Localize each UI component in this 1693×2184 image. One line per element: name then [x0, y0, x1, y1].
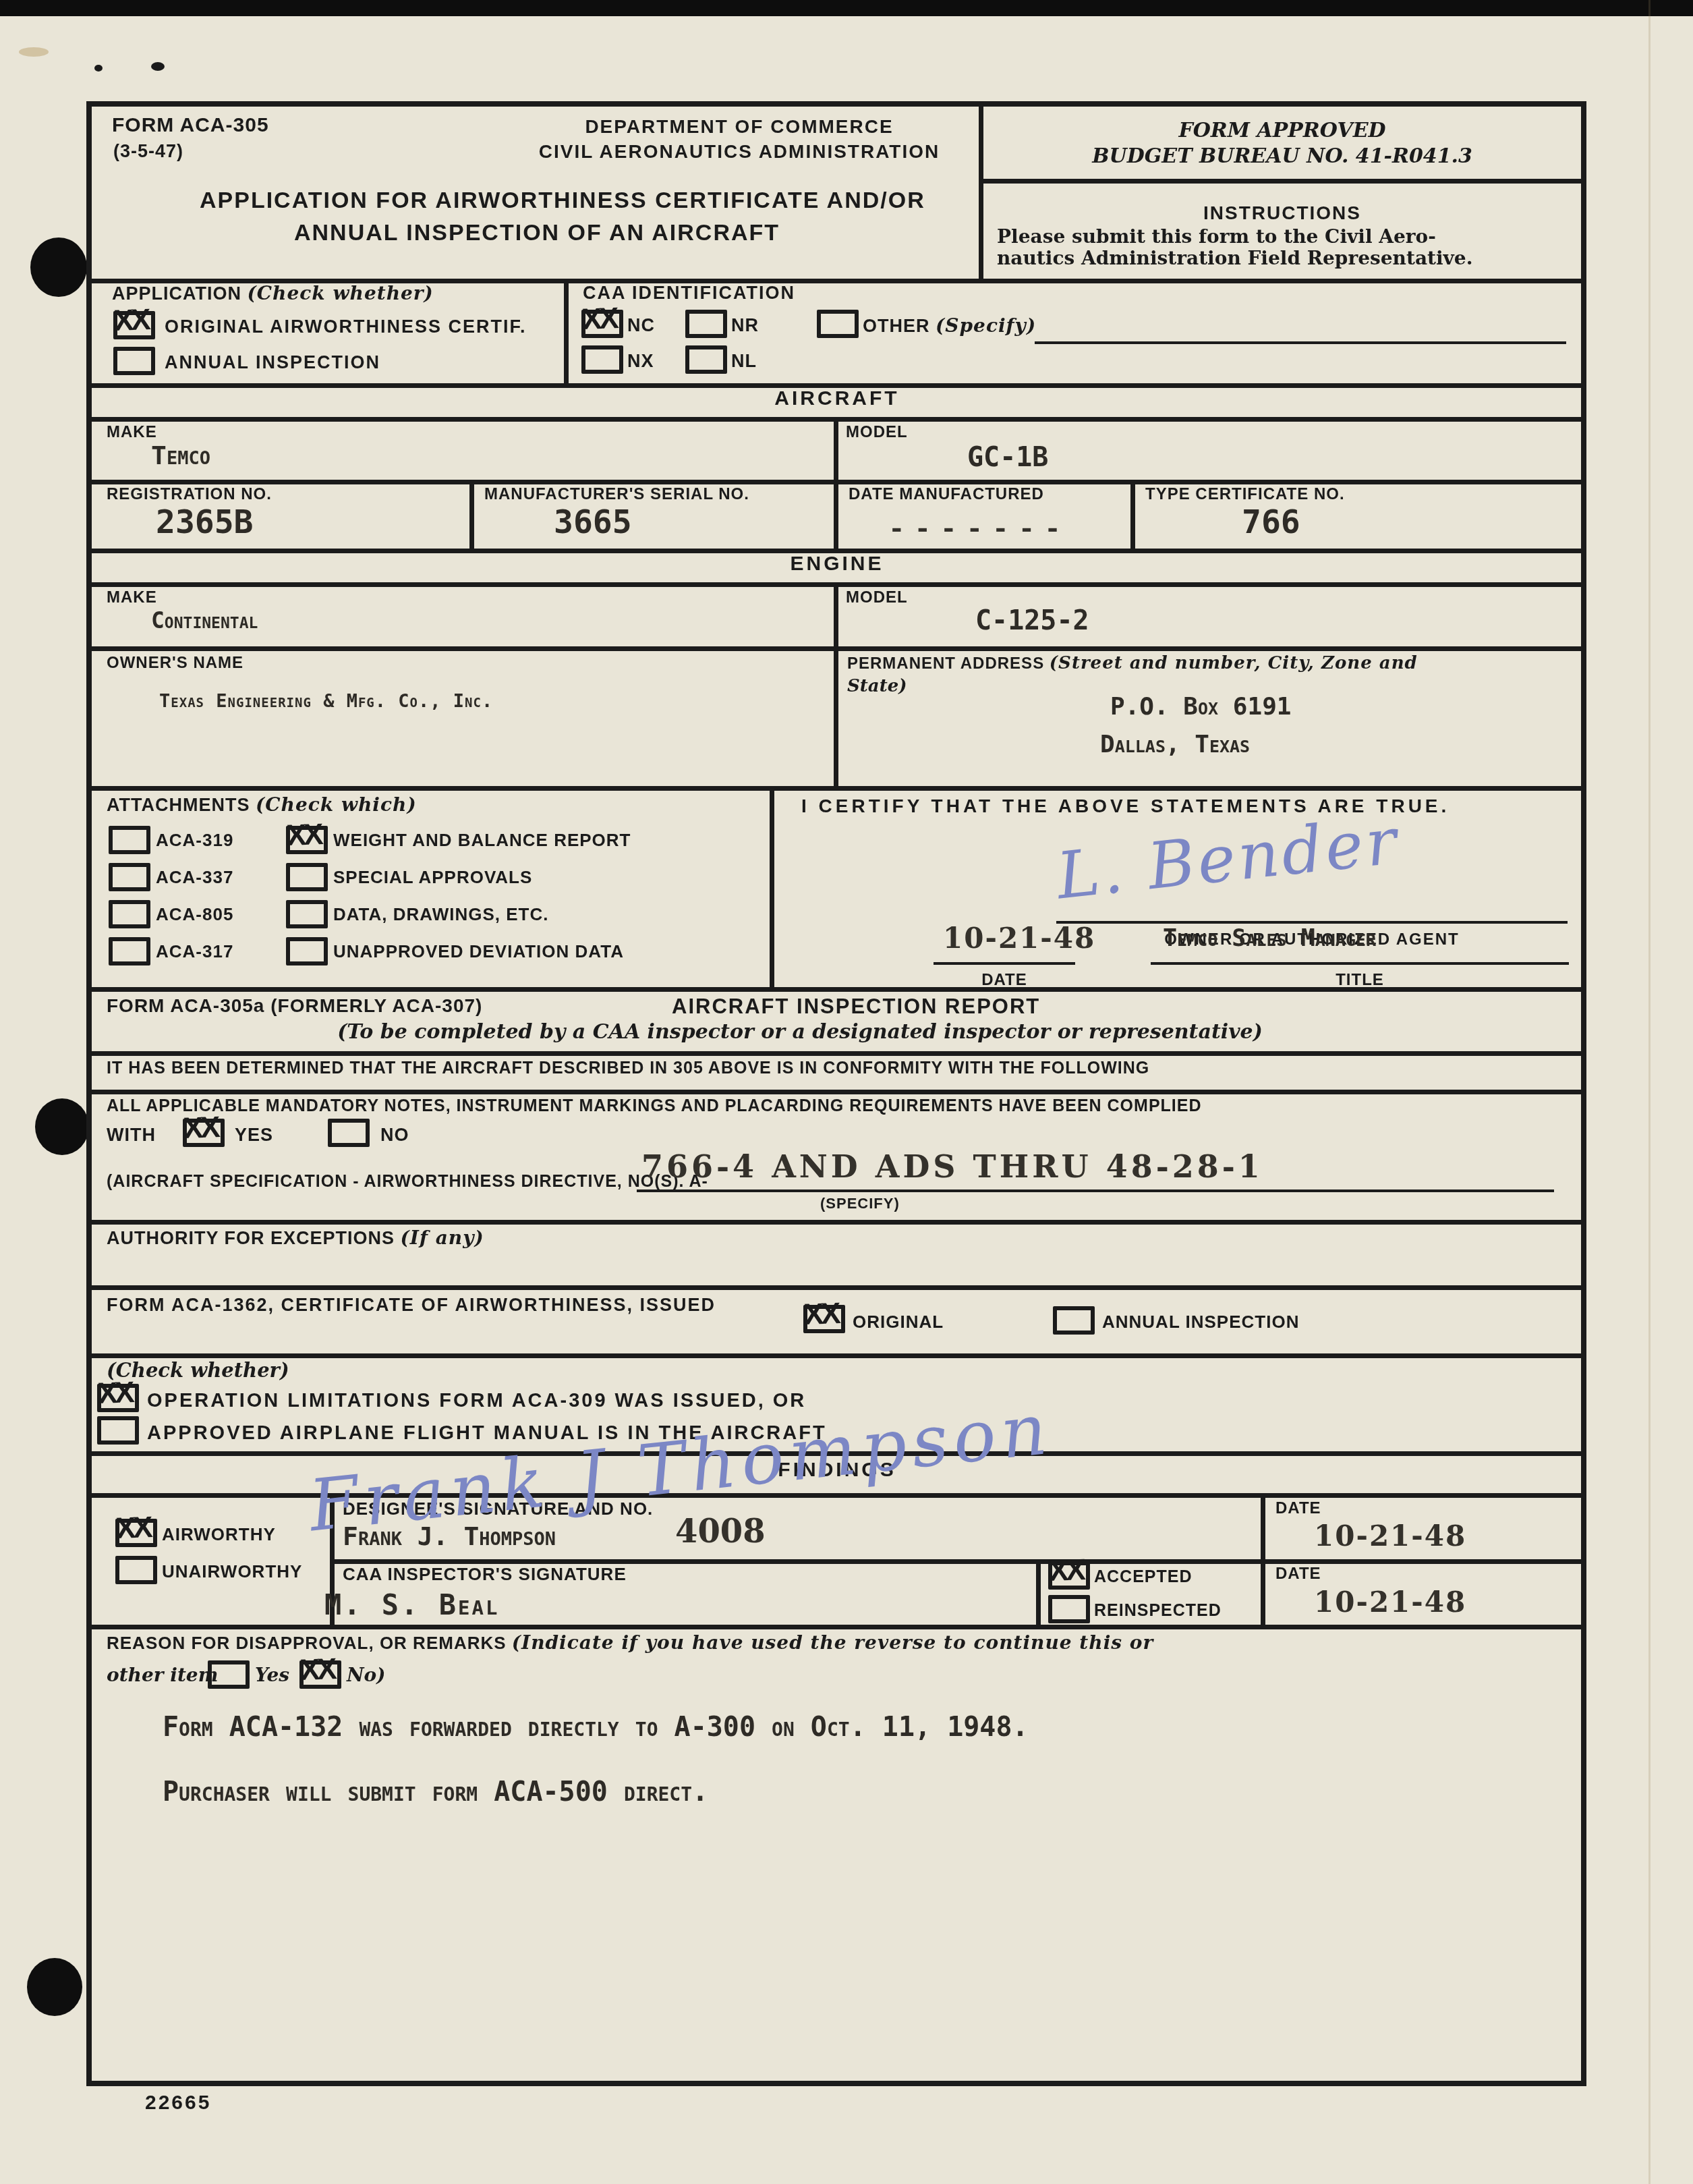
aircraft-model-label: MODEL	[846, 424, 908, 441]
nr-checkbox	[685, 310, 727, 338]
check-whether-note: (Check whether)	[107, 1360, 289, 1380]
scanned-document-page: FORM ACA-305 (3-5-47) DEPARTMENT OF COMM…	[0, 0, 1693, 2184]
caa-inspector-label: CAA INSPECTOR'S SIGNATURE	[343, 1565, 627, 1584]
divider	[834, 480, 838, 549]
form-title-line1: APPLICATION FOR AIRWORTHINESS CERTIFICAT…	[200, 189, 874, 213]
complied-no-checkbox	[328, 1119, 370, 1147]
remarks-no-checkbox: XX	[299, 1660, 341, 1689]
weight-balance-label: WEIGHT AND BALANCE REPORT	[333, 831, 631, 849]
checkbox-mark: XX	[803, 1297, 838, 1332]
checkbox-mark: XX	[299, 1652, 335, 1687]
engine-model-value: C-125-2	[975, 607, 1089, 634]
attachments-label-note: (Check which)	[256, 793, 417, 816]
complied-no-label: NO	[380, 1125, 409, 1144]
airworthy-checkbox: XX	[115, 1519, 157, 1547]
accepted-checkbox: XX	[1048, 1561, 1090, 1590]
divider	[92, 1285, 1581, 1290]
permanent-address-label: PERMANENT ADDRESS (Street and number, Ci…	[847, 654, 1418, 673]
owner-name-value: Texas Engineering & Mfg. Co., Inc.	[159, 692, 493, 710]
caa-identification-label: CAA IDENTIFICATION	[583, 283, 795, 302]
annual-inspection-label: ANNUAL INSPECTION	[165, 353, 380, 372]
nx-checkbox	[581, 345, 623, 374]
other-specify-line	[1035, 341, 1566, 344]
inspection-report-title: AIRCRAFT INSPECTION REPORT	[672, 996, 1040, 1018]
remarks-label-note: (Indicate if you have used the reverse t…	[512, 1631, 1153, 1654]
other-specify-note: (Specify)	[936, 314, 1036, 337]
date-manufactured-label: DATE MANUFACTURED	[849, 486, 1044, 503]
certification-date-value: 10-21-48	[943, 924, 1095, 953]
unairworthy-checkbox	[115, 1556, 157, 1584]
form-approved-line1: FORM APPROVED	[979, 120, 1586, 142]
owner-name-label: OWNER'S NAME	[107, 654, 243, 671]
certification-title-line	[1151, 962, 1569, 965]
data-drawings-label: DATA, DRAWINGS, ETC.	[333, 905, 548, 924]
ink-dot	[94, 65, 103, 72]
ink-smudge	[19, 47, 49, 57]
certification-title-value: Temco Sales Manager	[1163, 927, 1376, 951]
owner-signature-line	[1056, 921, 1568, 924]
instructions-line2: nautics Administration Field Representat…	[997, 248, 1472, 268]
engine-make-value: Continental	[151, 609, 258, 632]
divider	[330, 1559, 1581, 1564]
divider	[92, 1625, 1581, 1629]
special-approvals-checkbox	[286, 863, 328, 891]
inspection-subtitle: (To be completed by a CAA inspector or a…	[227, 1021, 1373, 1043]
aca-317-checkbox	[109, 937, 150, 965]
checkbox-mark: XX	[113, 303, 148, 338]
reinspected-label: REINSPECTED	[1094, 1602, 1222, 1619]
remarks-section-label: REASON FOR DISAPPROVAL, OR REMARKS (Indi…	[107, 1633, 1153, 1652]
aca-317-label: ACA-317	[156, 943, 233, 961]
authority-note: (If any)	[401, 1227, 484, 1249]
authority-label-text: AUTHORITY FOR EXCEPTIONS	[107, 1228, 395, 1248]
divider	[92, 1051, 1581, 1056]
ink-dot	[151, 62, 165, 71]
aca-337-label: ACA-337	[156, 868, 233, 887]
scan-edge-strip	[0, 0, 1693, 16]
serial-value: 3665	[554, 506, 632, 538]
issued-original-checkbox: XX	[803, 1305, 845, 1333]
inspector-date-value: 10-21-48	[1314, 1588, 1466, 1617]
agency-line: CIVIL AERONAUTICS ADMINISTRATION	[469, 142, 1009, 161]
divider	[1130, 480, 1135, 549]
application-label-note: (Check whether)	[248, 282, 434, 304]
spec-directive-line	[637, 1189, 1554, 1192]
address-line2: Dallas, Texas	[1100, 733, 1250, 757]
divider	[834, 417, 838, 480]
aca-1362-label: FORM ACA-1362, CERTIFICATE OF AIRWORTHIN…	[107, 1295, 716, 1314]
date-manufactured-value: - - - - - - -	[891, 515, 1061, 542]
punch-hole	[27, 1958, 82, 2016]
other-item-note: other item	[107, 1665, 218, 1685]
paper-crease	[1648, 0, 1651, 2184]
other-checkbox	[817, 310, 859, 338]
page-number: 22665	[145, 2092, 211, 2115]
divider	[564, 279, 569, 383]
checkbox-mark: XX	[97, 1376, 132, 1411]
operation-limitations-checkbox: XX	[97, 1384, 139, 1412]
weight-balance-checkbox: XX	[286, 826, 328, 854]
complied-statement: ALL APPLICABLE MANDATORY NOTES, INSTRUME…	[107, 1097, 1202, 1115]
aca-805-label: ACA-805	[156, 905, 233, 924]
airworthy-label: AIRWORTHY	[162, 1525, 276, 1544]
remarks-line1: Form ACA-132 was forwarded directly to A…	[163, 1714, 1029, 1741]
flight-manual-checkbox	[97, 1416, 139, 1445]
type-certificate-value: 766	[1242, 506, 1300, 538]
divider	[92, 786, 1581, 791]
divider	[92, 1220, 1581, 1225]
original-airworthiness-checkbox: XX	[113, 311, 155, 339]
checkbox-mark: XX	[1048, 1553, 1083, 1588]
complied-yes-checkbox: XX	[183, 1119, 225, 1147]
aca-319-label: ACA-319	[156, 831, 233, 849]
unairworthy-label: UNAIRWORTHY	[162, 1563, 302, 1581]
form-number: FORM ACA-305	[112, 115, 269, 136]
spec-directive-label: (AIRCRAFT SPECIFICATION - AIRWORTHINESS …	[107, 1173, 708, 1190]
inspection-formerly: (FORMERLY ACA-307)	[270, 995, 482, 1016]
nr-label: NR	[731, 316, 759, 335]
aircraft-section-title: AIRCRAFT	[92, 388, 1582, 410]
application-label: APPLICATION	[112, 283, 241, 304]
divider	[770, 786, 774, 987]
checkbox-mark: XX	[286, 818, 321, 853]
department-line: DEPARTMENT OF COMMERCE	[469, 117, 1009, 136]
nl-checkbox	[685, 345, 727, 374]
nc-checkbox: XX	[581, 310, 623, 338]
spec-directive-value: 766-4 AND ADS THRU 48-28-1	[641, 1151, 1263, 1182]
divider	[1036, 1559, 1041, 1625]
accepted-label: ACCEPTED	[1094, 1568, 1193, 1586]
application-section-label: APPLICATION (Check whether)	[112, 283, 434, 303]
designee-date-value: 10-21-48	[1314, 1522, 1466, 1550]
instructions-line1: Please submit this form to the Civil Aer…	[997, 227, 1436, 246]
form-title-line2: ANNUAL INSPECTION OF AN AIRCRAFT	[200, 221, 874, 246]
engine-make-label: MAKE	[107, 589, 157, 606]
remarks-yes-checkbox	[208, 1660, 250, 1689]
registration-value: 2365B	[156, 506, 254, 538]
remarks-label-text: REASON FOR DISAPPROVAL, OR REMARKS	[107, 1633, 507, 1653]
special-approvals-label: SPECIAL APPROVALS	[333, 868, 532, 887]
divider	[92, 1353, 1581, 1358]
certification-date-line	[934, 962, 1075, 965]
remarks-no-label: No)	[347, 1665, 386, 1685]
instructions-title: INSTRUCTIONS	[979, 203, 1586, 223]
original-airworthiness-label: ORIGINAL AIRWORTHINESS CERTIF.	[165, 317, 527, 336]
unapproved-deviation-label: UNAPPROVED DEVIATION DATA	[333, 943, 624, 961]
nc-label: NC	[627, 316, 655, 335]
attachments-section-label: ATTACHMENTS (Check which)	[107, 795, 417, 814]
application-form: FORM ACA-305 (3-5-47) DEPARTMENT OF COMM…	[86, 101, 1586, 2086]
issued-annual-checkbox	[1053, 1306, 1095, 1335]
registration-label: REGISTRATION NO.	[107, 486, 272, 503]
divider	[92, 1090, 1581, 1094]
certification-title-caption: TITLE	[1151, 972, 1569, 988]
inspection-form-number: FORM ACA-305a (FORMERLY ACA-307)	[107, 996, 482, 1015]
caa-inspector-name: M. S. Beal	[324, 1591, 499, 1619]
nx-label: NX	[627, 352, 654, 370]
punch-hole	[30, 237, 87, 297]
certification-date-caption: DATE	[934, 972, 1075, 988]
inspection-form-no: FORM ACA-305a	[107, 995, 264, 1016]
form-approved-line2: BUDGET BUREAU NO. 41-R041.3	[979, 146, 1586, 167]
engine-model-label: MODEL	[846, 589, 908, 606]
aircraft-model-value: GC-1B	[967, 444, 1048, 471]
checkbox-mark: XX	[183, 1111, 218, 1146]
inspector-date-label: DATE	[1275, 1565, 1321, 1582]
remarks-line2: Purchaser will submit form ACA-500 direc…	[163, 1779, 708, 1805]
form-revision-date: (3-5-47)	[113, 142, 183, 161]
determined-statement: IT HAS BEEN DETERMINED THAT THE AIRCRAFT…	[107, 1059, 1149, 1077]
specify-caption: (SPECIFY)	[820, 1196, 900, 1211]
aca-805-checkbox	[109, 900, 150, 928]
punch-hole	[35, 1098, 89, 1155]
reinspected-checkbox	[1048, 1595, 1090, 1623]
issued-original-label: ORIGINAL	[853, 1313, 944, 1331]
unapproved-deviation-checkbox	[286, 937, 328, 965]
other-label: OTHER (Specify)	[863, 316, 1036, 335]
address-note2: State)	[847, 677, 907, 696]
designee-date-label: DATE	[1275, 1500, 1321, 1517]
aircraft-make-label: MAKE	[107, 424, 157, 441]
authority-exceptions-label: AUTHORITY FOR EXCEPTIONS (If any)	[107, 1228, 484, 1248]
divider	[469, 480, 474, 549]
type-certificate-label: TYPE CERTIFICATE NO.	[1145, 486, 1345, 503]
checkbox-mark: XX	[115, 1511, 150, 1546]
operation-limitations-label: OPERATION LIMITATIONS FORM ACA-309 WAS I…	[147, 1391, 806, 1411]
address-label-text: PERMANENT ADDRESS	[847, 654, 1044, 673]
data-drawings-checkbox	[286, 900, 328, 928]
divider	[979, 179, 1581, 184]
checkbox-mark: XX	[581, 302, 616, 337]
aca-337-checkbox	[109, 863, 150, 891]
annual-inspection-checkbox	[113, 347, 155, 375]
complied-yes-label: YES	[235, 1125, 273, 1144]
address-note1: (Street and number, City, Zone and	[1050, 653, 1418, 673]
engine-section-title: ENGINE	[92, 553, 1582, 575]
issued-annual-label: ANNUAL INSPECTION	[1102, 1313, 1299, 1331]
divider	[834, 582, 838, 786]
nl-label: NL	[731, 352, 757, 370]
address-line1: P.O. Box 6191	[1110, 695, 1292, 719]
aca-319-checkbox	[109, 826, 150, 854]
other-label-text: OTHER	[863, 316, 930, 336]
attachments-label: ATTACHMENTS	[107, 795, 250, 815]
remarks-yes-label: Yes	[255, 1665, 289, 1685]
serial-label: MANUFACTURER'S SERIAL NO.	[484, 486, 749, 503]
owner-signature: L. Bender	[1054, 810, 1402, 909]
with-label: WITH	[107, 1125, 156, 1144]
aircraft-make-value: Temco	[151, 443, 210, 468]
designee-number-value: 4008	[675, 1515, 766, 1548]
divider	[1261, 1493, 1265, 1625]
